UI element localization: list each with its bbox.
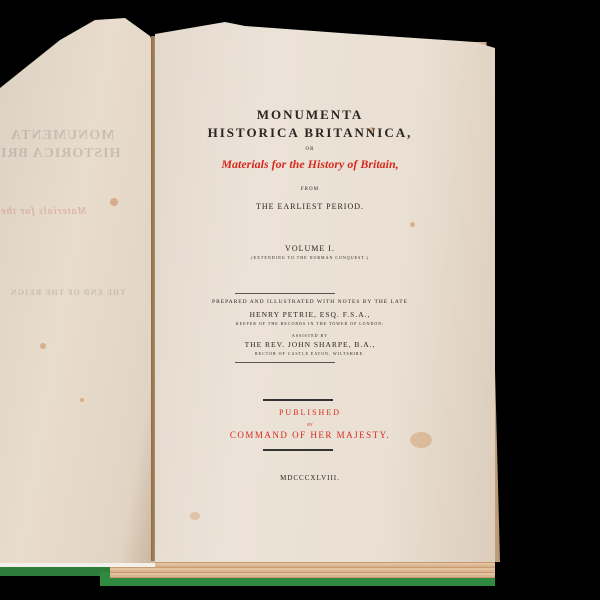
divider-rule: [235, 362, 335, 363]
command-text: COMMAND OF HER MAJESTY.: [160, 430, 460, 440]
divider-rule: [263, 399, 333, 401]
editor-name: HENRY PETRIE, ESQ. F.S.A.,: [160, 310, 460, 319]
volume-label: VOLUME I.: [160, 244, 460, 253]
book-photo: MONUMENTA HISTORICA BRI Materials for th…: [0, 0, 600, 600]
publication-year: MDCCCXLVIII.: [160, 474, 460, 482]
foxing-spot: [80, 398, 84, 402]
from-text: FROM: [160, 187, 460, 192]
page-block-edges: [110, 560, 495, 578]
or-text: OR: [160, 147, 460, 152]
left-page: MONUMENTA HISTORICA BRI Materials for th…: [0, 18, 155, 567]
foxing-spot: [40, 343, 46, 349]
divider-rule: [235, 293, 335, 294]
title-line-1: MONUMENTA: [160, 107, 460, 123]
by-text: BY: [160, 422, 460, 427]
assistant-name: THE REV. JOHN SHARPE, B.A.,: [160, 340, 460, 349]
subtitle: Materials for the History of Britain,: [160, 157, 460, 172]
showthrough-line2: HISTORICA BRI: [0, 146, 121, 162]
editor-role: KEEPER OF THE RECORDS IN THE TOWER OF LO…: [160, 321, 460, 326]
period-text: THE EARLIEST PERIOD.: [160, 202, 460, 211]
book-gutter: [151, 36, 155, 561]
title-line-2: HISTORICA BRITANNICA,: [160, 125, 460, 141]
assistant-role: RECTOR OF CASTLE EATON, WILTSHIRE.: [160, 351, 460, 356]
prepared-by: PREPARED AND ILLUSTRATED WITH NOTES BY T…: [160, 299, 460, 305]
showthrough-line1: MONUMENTA: [10, 128, 114, 144]
foxing-spot: [110, 198, 118, 206]
published-text: PUBLISHED: [160, 408, 460, 417]
foxing-spot: [190, 512, 200, 520]
showthrough-line4: THE END OF THE REIGN: [10, 288, 126, 297]
volume-note: (EXTENDING TO THE NORMAN CONQUEST.): [160, 255, 460, 260]
foxing-spot: [410, 222, 415, 227]
showthrough-line3: Materials for the: [0, 206, 86, 217]
assisted-by: ASSISTED BY: [160, 333, 460, 338]
divider-rule: [263, 449, 333, 451]
